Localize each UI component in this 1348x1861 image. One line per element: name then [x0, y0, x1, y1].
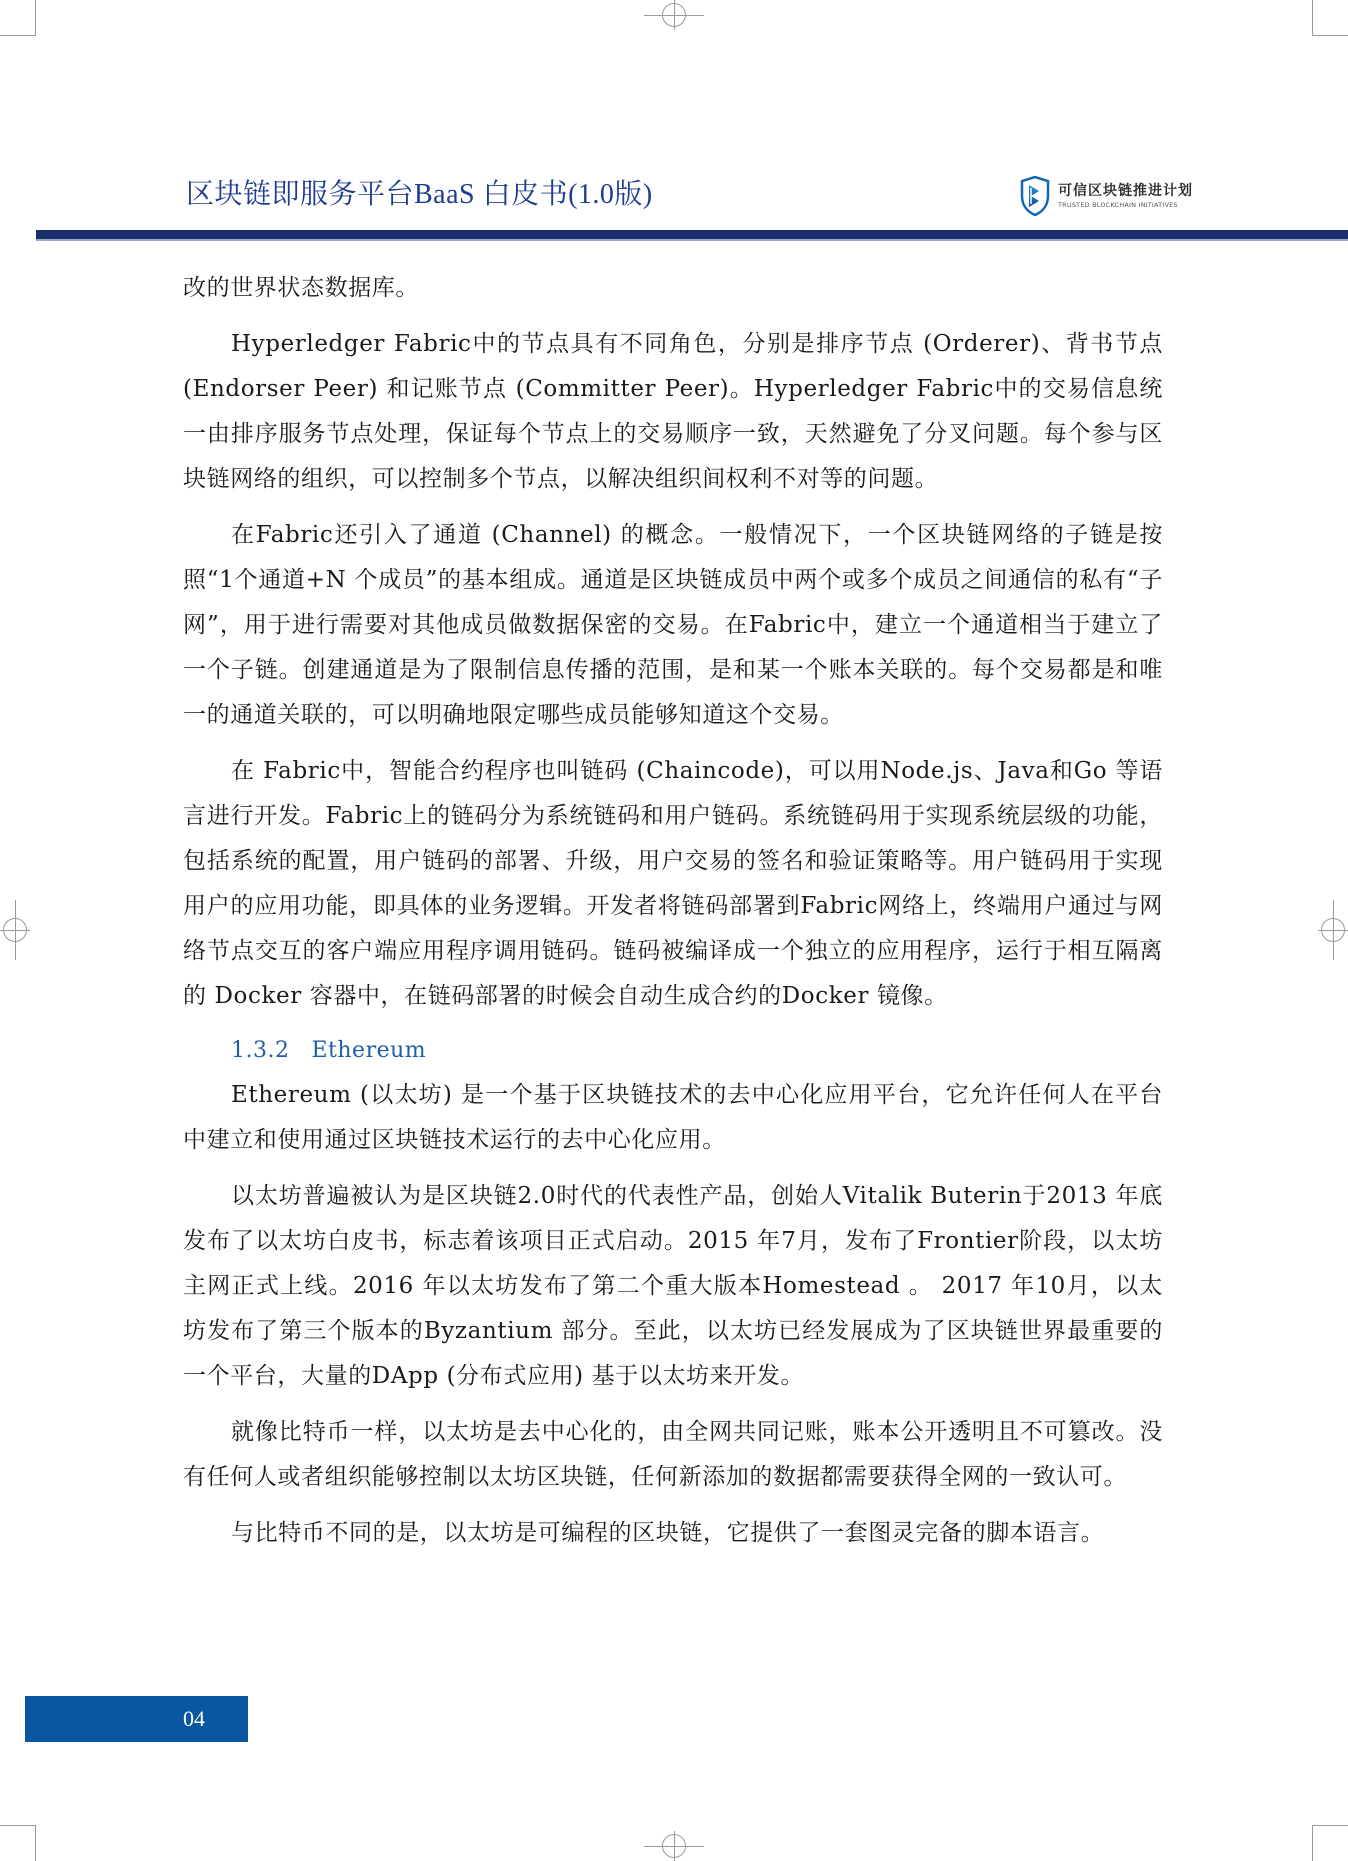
logo-name-en: TRUSTED BLOCKCHAIN INITIATIVES	[1058, 202, 1193, 209]
section-number: 1.3.2	[231, 1038, 289, 1063]
logo-name-cn: 可信区块链推进计划	[1058, 184, 1193, 198]
section-title: Ethereum	[311, 1038, 426, 1063]
paragraph: 以太坊普遍被认为是区块链2.0时代的代表性产品，创始人Vitalik Buter…	[183, 1174, 1163, 1399]
header-divider-bar	[36, 230, 1348, 239]
paragraph: 改的世界状态数据库。	[183, 266, 1163, 311]
paragraph: Hyperledger Fabric中的节点具有不同角色，分别是排序节点 (Or…	[183, 322, 1163, 502]
shield-b-logo-icon	[1020, 176, 1050, 216]
page-content: 改的世界状态数据库。 Hyperledger Fabric中的节点具有不同角色，…	[183, 266, 1163, 1567]
paragraph: 在Fabric还引入了通道 (Channel) 的概念。一般情况下，一个区块链网…	[183, 513, 1163, 738]
paragraph: 就像比特币一样，以太坊是去中心化的，由全网共同记账，账本公开透明且不可篡改。没有…	[183, 1410, 1163, 1500]
paragraph: 在 Fabric中，智能合约程序也叫链码 (Chaincode)，可以用Node…	[183, 749, 1163, 1019]
page-number: 04	[183, 1697, 205, 1741]
section-heading: 1.3.2Ethereum	[231, 1028, 1163, 1073]
paragraph: 与比特币不同的是，以太坊是可编程的区块链，它提供了一套图灵完备的脚本语言。	[183, 1511, 1163, 1556]
header-divider-shadow	[36, 239, 1348, 241]
organization-logo: 可信区块链推进计划 TRUSTED BLOCKCHAIN INITIATIVES	[1020, 176, 1193, 216]
paragraph: Ethereum (以太坊) 是一个基于区块链技术的去中心化应用平台，它允许任何…	[183, 1073, 1163, 1163]
page-number-box	[25, 1696, 248, 1742]
document-title: 区块链即服务平台BaaS 白皮书(1.0版)	[186, 172, 653, 212]
